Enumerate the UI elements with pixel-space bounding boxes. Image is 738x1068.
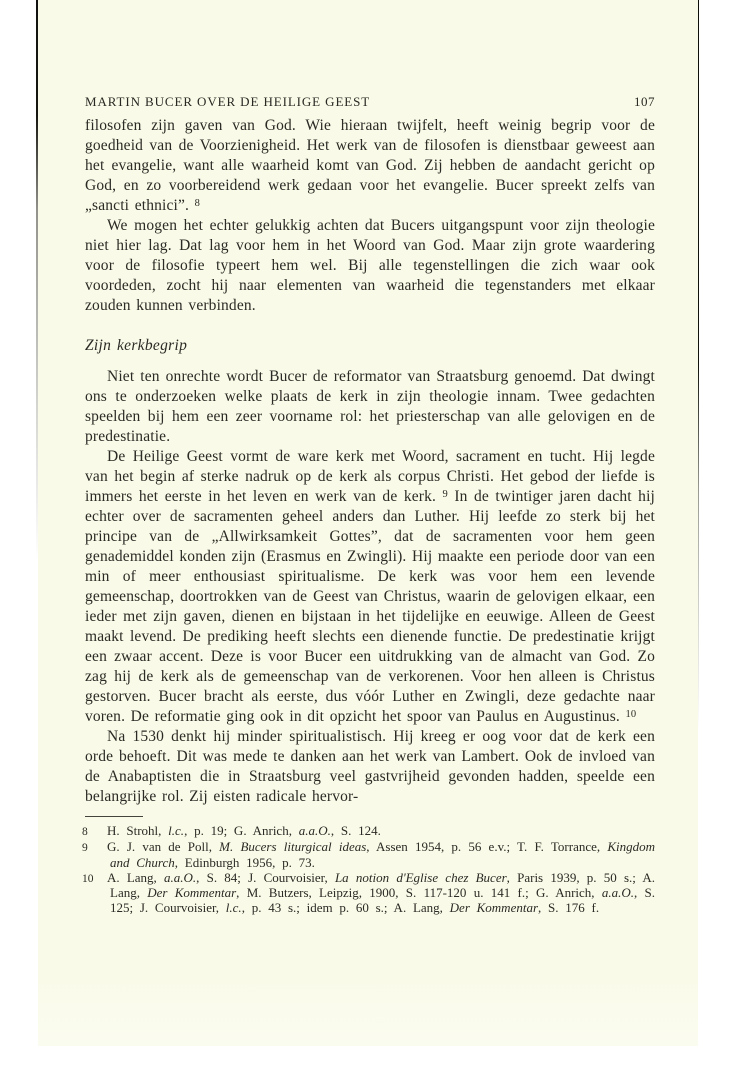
section-heading: Zijn kerkbegrip xyxy=(85,336,655,356)
text-run: , S. 124. xyxy=(331,823,381,838)
running-header: MARTIN BUCER OVER DE HEILIGE GEEST 107 xyxy=(85,92,655,112)
paragraph: Niet ten onrechte wordt Bucer de reforma… xyxy=(85,367,655,447)
footnote-item: 9G. J. van de Poll, M. Bucers liturgical… xyxy=(85,840,655,870)
text-run: , M. Butzers, Leipzig, 1900, S. 117-120 … xyxy=(236,885,602,900)
text-run: A. Lang, xyxy=(107,870,164,885)
footnote-number: 10 xyxy=(82,872,98,887)
text-run: We mogen het echter gelukkig achten dat … xyxy=(85,217,655,314)
italic-text: M. Bucers liturgical ideas xyxy=(219,839,366,854)
paragraph: We mogen het echter gelukkig achten dat … xyxy=(85,216,655,316)
article-body: filosofen zijn gaven van God. Wie hieraa… xyxy=(85,116,655,807)
running-title: MARTIN BUCER OVER DE HEILIGE GEEST xyxy=(85,92,370,112)
italic-text: a.a.O. xyxy=(164,870,196,885)
paragraph: Na 1530 denkt hij minder spiritualistisc… xyxy=(85,727,655,807)
text-run: G. J. van de Poll, xyxy=(107,839,219,854)
text-run: , S. 84; J. Courvoisier, xyxy=(196,870,335,885)
book-page: MARTIN BUCER OVER DE HEILIGE GEEST 107 f… xyxy=(38,0,698,1046)
footnote-separator-rule xyxy=(85,816,143,817)
italic-text: l.c. xyxy=(168,823,184,838)
italic-text: l.c. xyxy=(226,900,242,915)
text-run: , p. 43 s.; idem p. 60 s.; A. Lang, xyxy=(242,900,450,915)
italic-text: Der Kommentar xyxy=(450,900,538,915)
italic-text: Der Kommentar xyxy=(147,885,236,900)
text-run: , Assen 1954, p. 56 e.v.; T. F. Torrance… xyxy=(366,839,607,854)
footnotes-list: 8H. Strohl, l.c., p. 19; G. Anrich, a.a.… xyxy=(85,824,655,916)
footnote-item: 10A. Lang, a.a.O., S. 84; J. Courvoisier… xyxy=(85,871,655,916)
footnote-number: 9 xyxy=(82,841,98,856)
paragraph: filosofen zijn gaven van God. Wie hieraa… xyxy=(85,116,655,216)
text-run: , p. 19; G. Anrich, xyxy=(184,823,299,838)
scan-background: MARTIN BUCER OVER DE HEILIGE GEEST 107 f… xyxy=(0,0,738,1068)
text-run: H. Strohl, xyxy=(107,823,168,838)
paragraph: De Heilige Geest vormt de ware kerk met … xyxy=(85,447,655,727)
text-run: Na 1530 denkt hij minder spiritualistisc… xyxy=(85,728,655,805)
text-run: , S. 176 f. xyxy=(538,900,599,915)
footnote-reference: 9 xyxy=(442,489,447,500)
text-run: In de twintiger jaren dacht hij echter o… xyxy=(85,488,655,725)
footnote-number: 8 xyxy=(82,825,98,840)
footnote-item: 8H. Strohl, l.c., p. 19; G. Anrich, a.a.… xyxy=(85,824,655,840)
text-run: Niet ten onrechte wordt Bucer de reforma… xyxy=(85,368,655,445)
italic-text: a.a.O. xyxy=(299,823,331,838)
footnotes-block: 8H. Strohl, l.c., p. 19; G. Anrich, a.a.… xyxy=(85,816,655,916)
footnote-reference: 8 xyxy=(195,198,200,209)
italic-text: a.a.O. xyxy=(602,885,634,900)
text-run: filosofen zijn gaven van God. Wie hieraa… xyxy=(85,117,655,214)
footnote-text: G. J. van de Poll, M. Bucers liturgical … xyxy=(107,839,655,870)
footnote-text: H. Strohl, l.c., p. 19; G. Anrich, a.a.O… xyxy=(107,823,381,838)
text-run: , Edinburgh 1956, p. 73. xyxy=(175,855,315,870)
footnote-reference: 10 xyxy=(626,709,637,720)
footnote-text: A. Lang, a.a.O., S. 84; J. Courvoisier, … xyxy=(107,870,655,915)
italic-text: La notion d'Eglise chez Bucer xyxy=(335,870,507,885)
page-number: 107 xyxy=(634,92,655,112)
